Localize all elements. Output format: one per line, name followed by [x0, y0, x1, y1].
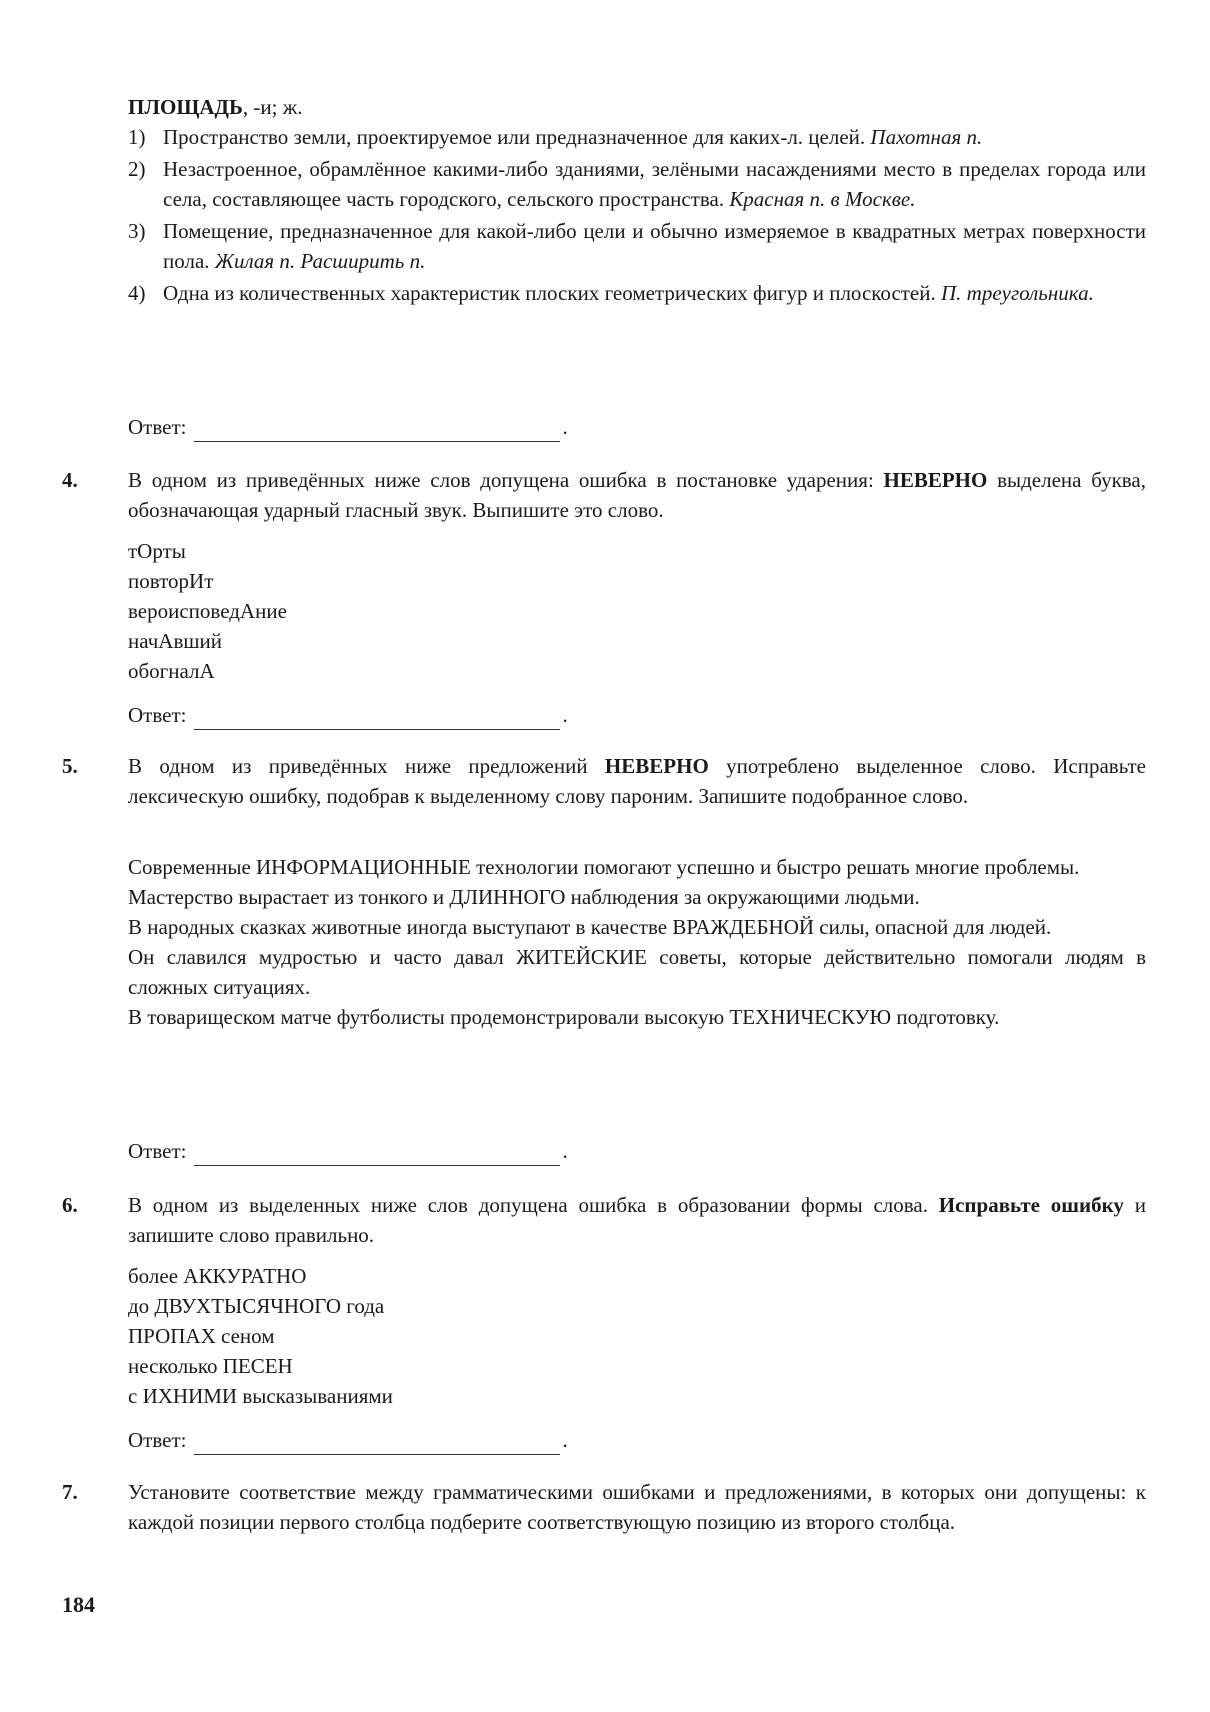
word-option: повторИт: [128, 566, 1146, 596]
word-option: вероисповедАние: [128, 596, 1146, 626]
question-7-prompt: Установите соответствие между грамматиче…: [128, 1477, 1146, 1537]
prompt-text: В одном из приведённых ниже предложений: [128, 754, 605, 778]
dictionary-entry: ПЛОЩАДЬ, -и; ж. 1) Пространство земли, п…: [128, 92, 1146, 310]
definition-number: 3): [128, 216, 146, 246]
answer-period: .: [562, 703, 567, 727]
prompt-emphasis: Исправьте ошибку: [939, 1193, 1124, 1217]
question-6-prompt: В одном из выделенных ниже слов допущена…: [128, 1190, 1146, 1250]
word-option: тОрты: [128, 536, 1146, 566]
prompt-emphasis: НЕВЕРНО: [605, 754, 709, 778]
definition-number: 4): [128, 278, 146, 308]
word-option: более АККУРАТНО: [128, 1261, 1146, 1291]
sentence-option: Он славился мудростью и часто давал ЖИТЕ…: [128, 942, 1146, 1002]
word-option: ПРОПАХ сеном: [128, 1321, 1146, 1351]
question-number-6: 6.: [62, 1190, 78, 1220]
sentence-option: В товарищеском матче футболисты продемон…: [128, 1002, 1146, 1032]
definition-example: П. треугольника.: [941, 281, 1094, 305]
question-6-word-list: более АККУРАТНО до ДВУХТЫСЯЧНОГО года ПР…: [128, 1261, 1146, 1411]
answer-field-q3[interactable]: Ответ:.: [128, 412, 568, 442]
answer-label: Ответ:: [128, 703, 186, 727]
answer-period: .: [562, 1139, 567, 1163]
definition-4: 4) Одна из количественных характеристик …: [128, 278, 1146, 308]
definition-text: Одна из количественных характеристик пло…: [163, 281, 941, 305]
grammar-note: , -и; ж.: [243, 95, 303, 119]
answer-period: .: [562, 1428, 567, 1452]
answer-blank[interactable]: [194, 707, 560, 730]
answer-blank[interactable]: [194, 1432, 560, 1455]
sentence-option: Современные ИНФОРМАЦИОННЫЕ технологии по…: [128, 852, 1146, 882]
answer-label: Ответ:: [128, 1139, 186, 1163]
question-4-prompt: В одном из приведённых ниже слов допущен…: [128, 465, 1146, 525]
definition-number: 2): [128, 154, 146, 184]
answer-blank[interactable]: [194, 419, 560, 442]
definition-example: Пахотная п.: [870, 125, 982, 149]
page-number: 184: [62, 1590, 95, 1620]
word-option: начАвший: [128, 626, 1146, 656]
word-option: до ДВУХТЫСЯЧНОГО года: [128, 1291, 1146, 1321]
definition-3: 3) Помещение, предназначенное для какой-…: [128, 216, 1146, 276]
word-option: несколько ПЕСЕН: [128, 1351, 1146, 1381]
prompt-text: В одном из выделенных ниже слов допущена…: [128, 1193, 939, 1217]
answer-label: Ответ:: [128, 1428, 186, 1452]
question-number-5: 5.: [62, 751, 78, 781]
definition-example: Жилая п. Расширить п.: [215, 249, 426, 273]
question-4-word-list: тОрты повторИт вероисповедАние начАвший …: [128, 536, 1146, 686]
word-option: обогналА: [128, 656, 1146, 686]
prompt-text: В одном из приведённых ниже слов допущен…: [128, 468, 884, 492]
answer-label: Ответ:: [128, 415, 186, 439]
word-option: с ИХНИМИ высказываниями: [128, 1381, 1146, 1411]
question-5-prompt: В одном из приведённых ниже предложений …: [128, 751, 1146, 811]
definition-number: 1): [128, 122, 146, 152]
question-number-7: 7.: [62, 1477, 78, 1507]
definition-1: 1) Пространство земли, проектируемое или…: [128, 122, 1146, 152]
definition-example: Красная п. в Москве.: [729, 187, 915, 211]
answer-field-q4[interactable]: Ответ:.: [128, 700, 568, 730]
definition-2: 2) Незастроенное, обрамлённое какими-либ…: [128, 154, 1146, 214]
headword: ПЛОЩАДЬ: [128, 95, 243, 119]
definition-text: Пространство земли, проектируемое или пр…: [163, 125, 870, 149]
answer-period: .: [562, 415, 567, 439]
answer-field-q6[interactable]: Ответ:.: [128, 1425, 568, 1455]
answer-blank[interactable]: [194, 1143, 560, 1166]
question-5-sentences: Современные ИНФОРМАЦИОННЫЕ технологии по…: [128, 852, 1146, 1032]
definition-text: Незастроенное, обрамлённое какими-либо з…: [163, 157, 1146, 211]
sentence-option: Мастерство вырастает из тонкого и ДЛИННО…: [128, 882, 1146, 912]
prompt-emphasis: НЕВЕРНО: [884, 468, 988, 492]
answer-field-q5[interactable]: Ответ:.: [128, 1136, 568, 1166]
sentence-option: В народных сказках животные иногда высту…: [128, 912, 1146, 942]
question-number-4: 4.: [62, 465, 78, 495]
textbook-page: ПЛОЩАДЬ, -и; ж. 1) Пространство земли, п…: [0, 0, 1210, 1712]
entry-heading: ПЛОЩАДЬ, -и; ж.: [128, 92, 1146, 122]
